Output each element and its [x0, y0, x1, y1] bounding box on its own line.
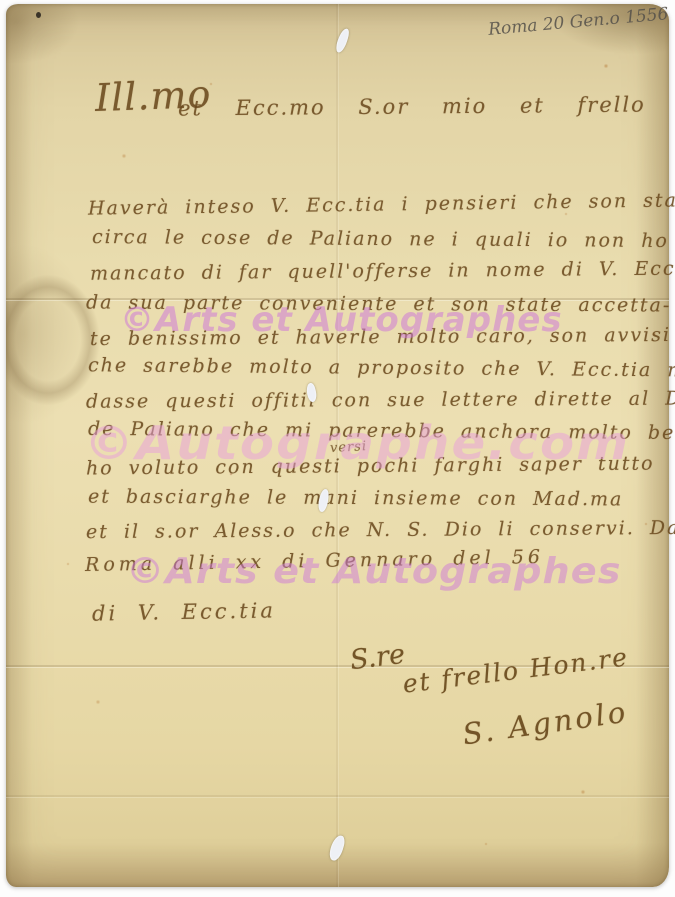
- salutation-line: et Ecc.mo S.or mio et frello oss.mo: [178, 91, 675, 120]
- body-line: et il s.or Aless.o che N. S. Dio li cons…: [86, 517, 675, 543]
- body-line: dasse questi offitii con sue lettere dir…: [86, 387, 675, 412]
- inserted-word: versi: [330, 439, 368, 456]
- closing-line: di V. Ecc.tia: [92, 598, 276, 625]
- letter-photo: Roma 20 Gen.o 1556 Ill.mo et Ecc.mo S.or…: [0, 0, 675, 897]
- paper-speck: [36, 12, 41, 18]
- body-line: circa le cose de Paliano ne i quali io n…: [92, 226, 669, 252]
- body-line: et basciarghe le mani insieme con Mad.ma: [88, 486, 624, 511]
- body-line: da sua parte conveniente et son state ac…: [86, 291, 671, 316]
- body-line: de Paliano che mi parerebbe anchora molt…: [88, 418, 675, 444]
- body-line: te benissimo et haverle molto caro, son …: [90, 324, 671, 350]
